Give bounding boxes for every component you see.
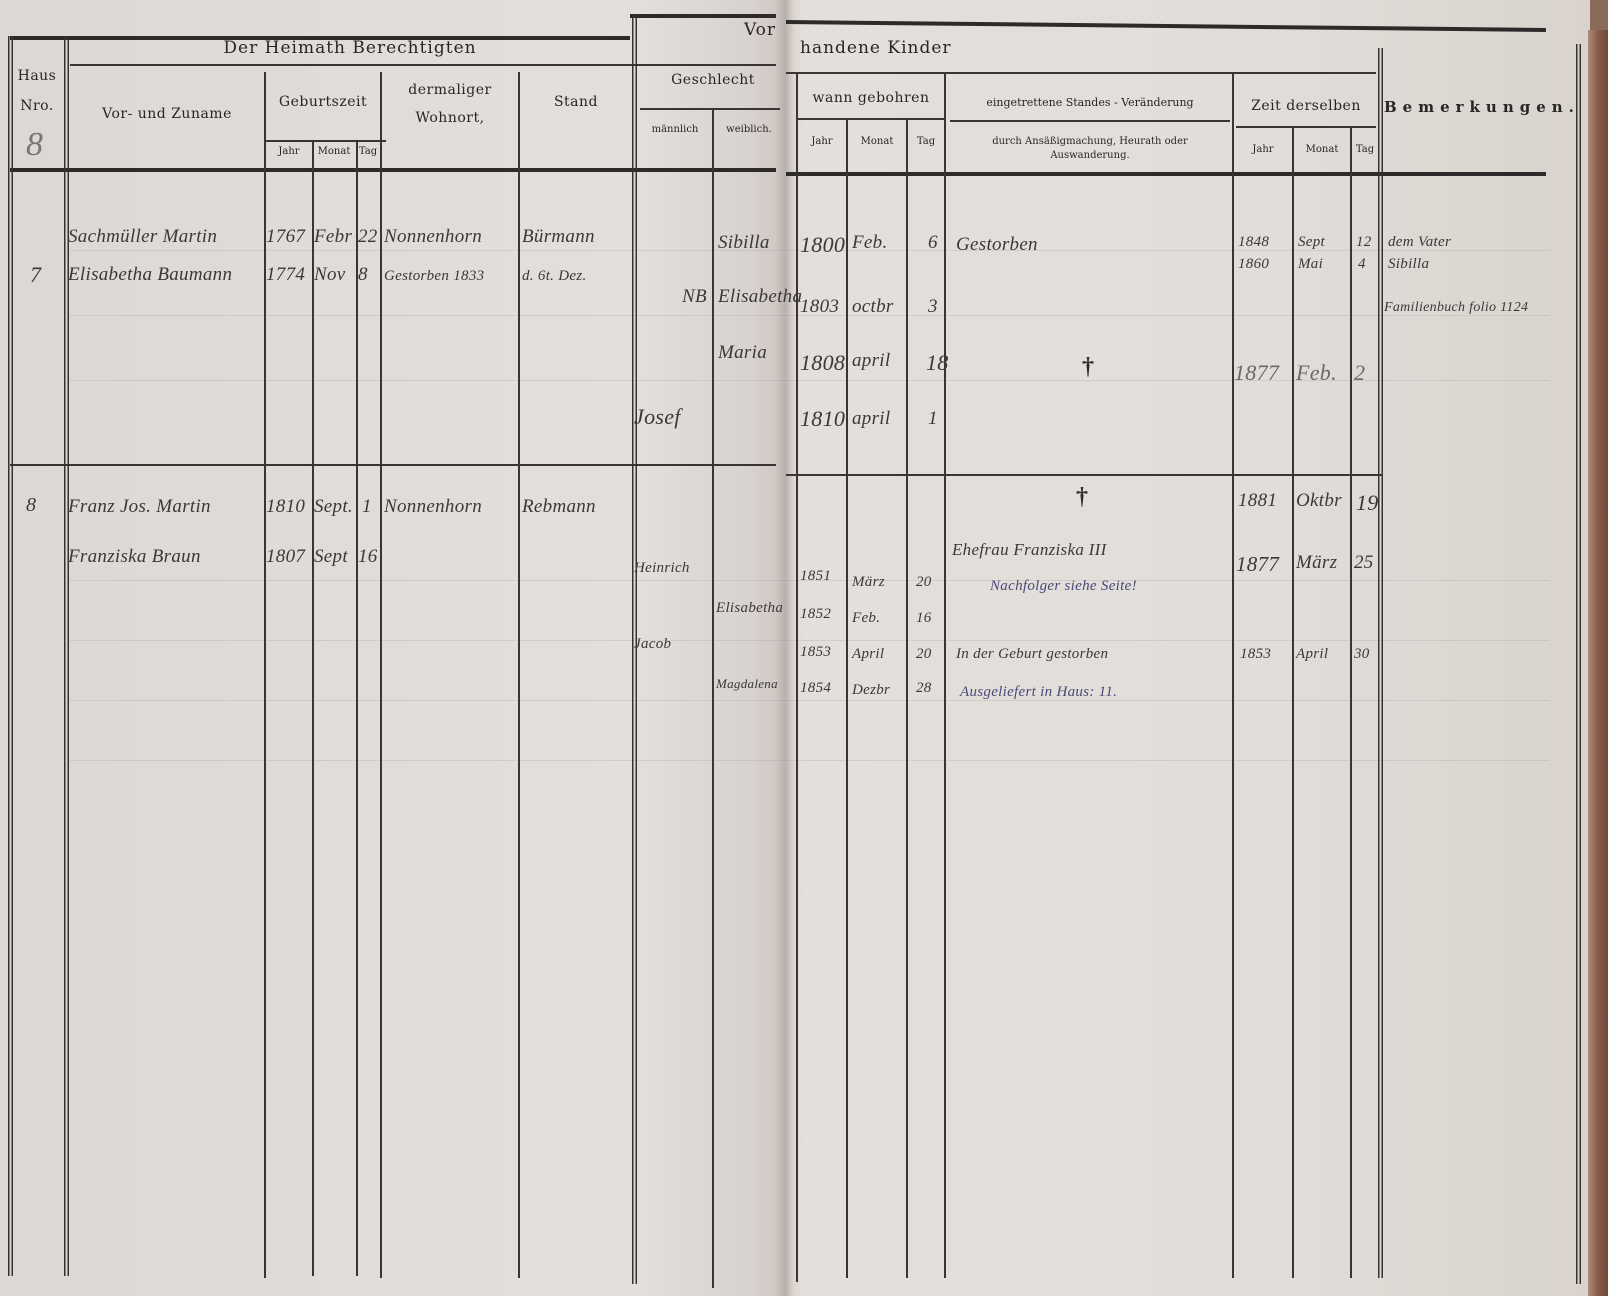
child-birth-day: 28 xyxy=(916,680,932,697)
parent-stand: Rebmann xyxy=(522,496,596,518)
header-veraenderung-sub-2: Auswanderung. xyxy=(948,150,1232,161)
child-female: Elisabetha xyxy=(718,286,802,308)
col-z-monat-right xyxy=(1350,126,1352,1278)
parent-stand: Bürmann xyxy=(522,226,595,248)
change-month: Mai xyxy=(1298,256,1323,273)
frame-right xyxy=(1576,44,1581,1284)
parent-birth-year: 1807 xyxy=(266,546,305,568)
child-birth-month: Feb. xyxy=(852,610,880,627)
parent-birth-month: Nov xyxy=(314,264,346,286)
page-house-number: 8 xyxy=(26,126,43,164)
col-haus-right xyxy=(64,36,69,1276)
child-status-change: Ausgeliefert in Haus: 11. xyxy=(960,684,1117,701)
entry-divider-left xyxy=(10,464,776,466)
child-status-change: Gestorben xyxy=(956,234,1038,256)
header-geb-tag: Tag xyxy=(356,146,380,157)
child-birth-year: 1810 xyxy=(800,406,845,432)
entry-house-number: 8 xyxy=(26,494,36,517)
header-wohnort-1: dermaliger xyxy=(382,82,518,98)
header-vor: Vor xyxy=(740,20,780,40)
death-cross-icon: † xyxy=(1076,484,1088,511)
header-k-jahr: Jahr xyxy=(798,136,846,147)
col-wohnort-right xyxy=(518,72,520,1278)
frame-top-right xyxy=(786,20,1546,32)
child-female: Magdalena xyxy=(716,676,778,692)
header-veraenderung-sub-1: durch Ansäßigmachung, Heurath oder xyxy=(948,136,1232,147)
wann-subline xyxy=(796,118,944,120)
change-day: 2 xyxy=(1354,360,1365,386)
header-wann-gebohren: wann gebohren xyxy=(798,90,944,106)
child-status-change: In der Geburt gestorben xyxy=(956,646,1108,663)
parent-name: Franz Jos. Martin xyxy=(68,496,211,518)
child-birth-month: april xyxy=(852,350,890,372)
child-birth-year: 1800 xyxy=(800,232,845,258)
child-birth-month: Dezbr xyxy=(852,682,890,699)
change-year: 1877 xyxy=(1236,552,1279,577)
geschlecht-subline xyxy=(640,108,780,110)
parent-residence: Nonnenhorn xyxy=(384,226,482,248)
child-birth-year: 1852 xyxy=(800,606,831,623)
col-weiblich-right xyxy=(796,72,798,1282)
parent-birth-year: 1774 xyxy=(266,264,305,286)
header-veraenderung: eingetrettene Standes - Veränderung xyxy=(948,96,1232,109)
parent-residence: Nonnenhorn xyxy=(384,496,482,518)
change-day: 30 xyxy=(1354,646,1370,663)
change-day: 12 xyxy=(1356,234,1372,251)
child-birth-month: April xyxy=(852,646,884,663)
change-year: 1853 xyxy=(1240,646,1271,663)
header-z-tag: Tag xyxy=(1352,144,1378,155)
header-k-tag: Tag xyxy=(908,136,944,147)
child-birth-month: Feb. xyxy=(852,232,888,254)
child-male: Josef xyxy=(634,404,681,430)
change-month: April xyxy=(1296,646,1328,663)
col-k-monat-right xyxy=(906,118,908,1278)
header-z-monat: Monat xyxy=(1294,144,1350,155)
header-divider-right xyxy=(786,72,1376,74)
change-month: März xyxy=(1296,552,1337,574)
remark: Familienbuch folio 1124 xyxy=(1384,300,1528,316)
header-geb-jahr: Jahr xyxy=(266,146,312,157)
child-birth-day: 1 xyxy=(928,408,938,430)
header-haus: Haus xyxy=(12,68,62,84)
frame-top-mid xyxy=(630,14,776,18)
header-zeit-derselben: Zeit derselben xyxy=(1234,98,1378,114)
col-z-tag-right xyxy=(1378,48,1383,1278)
change-year: 1877 xyxy=(1234,360,1279,386)
header-geburtszeit: Geburtszeit xyxy=(266,94,380,110)
child-birth-year: 1851 xyxy=(800,568,831,585)
child-birth-day: 18 xyxy=(926,350,949,376)
child-birth-day: 3 xyxy=(928,296,938,318)
child-note-nb: NB xyxy=(682,286,707,308)
child-birth-month: März xyxy=(852,574,885,591)
header-stand: Stand xyxy=(520,94,632,110)
parent-birth-month: Sept. xyxy=(314,496,353,518)
col-name-right xyxy=(264,72,266,1278)
change-day: 25 xyxy=(1354,552,1374,574)
header-wohnort-2: Wohnort, xyxy=(382,110,518,126)
book-page-edge xyxy=(1588,30,1608,1296)
col-geb-tag-right xyxy=(380,72,382,1278)
parent-death-note: Gestorben 1833 xyxy=(384,268,484,285)
child-female: Maria xyxy=(718,342,767,364)
child-birth-year: 1853 xyxy=(800,644,831,661)
parent-birth-day: 22 xyxy=(358,226,378,248)
book-gutter xyxy=(776,0,794,1296)
child-male: Heinrich xyxy=(634,560,690,577)
header-name: Vor- und Zuname xyxy=(70,106,264,122)
child-status-change: Ehefrau Franziska III xyxy=(952,540,1107,560)
child-male: Jacob xyxy=(634,636,671,653)
child-birth-year: 1808 xyxy=(800,350,845,376)
death-year: 1881 xyxy=(1238,490,1277,512)
ruled-line xyxy=(70,700,1550,701)
parent-name: Sachmüller Martin xyxy=(68,226,217,248)
child-birth-year: 1854 xyxy=(800,680,831,697)
header-weiblich: weiblich. xyxy=(714,124,784,135)
frame-left xyxy=(8,36,13,1276)
col-maennlich-right xyxy=(712,108,714,1288)
header-maennlich: männlich xyxy=(638,124,712,135)
parent-birth-year: 1767 xyxy=(266,226,305,248)
col-k-jahr-right xyxy=(846,118,848,1278)
header-heimath: Der Heimath Berechtigten xyxy=(200,38,500,58)
death-day: 19 xyxy=(1356,490,1379,516)
col-z-jahr-right xyxy=(1292,126,1294,1278)
parent-name: Elisabetha Baumann xyxy=(68,264,232,286)
child-birth-month: april xyxy=(852,408,890,430)
header-bottom-right xyxy=(786,172,1546,176)
change-year: 1848 xyxy=(1238,234,1269,251)
col-geb-monat-right xyxy=(356,140,358,1276)
child-female: Sibilla xyxy=(718,232,770,254)
header-geschlecht: Geschlecht xyxy=(638,72,788,88)
parent-birth-day: 1 xyxy=(362,496,372,518)
header-k-monat: Monat xyxy=(848,136,906,147)
change-month: Feb. xyxy=(1296,360,1337,386)
zeit-subline xyxy=(1236,126,1376,128)
col-veraenderung-right xyxy=(1232,72,1234,1278)
child-birth-day: 6 xyxy=(928,232,938,254)
child-birth-month: octbr xyxy=(852,296,894,318)
parent-birth-day: 16 xyxy=(358,546,378,568)
remark: Sibilla xyxy=(1388,256,1429,273)
header-divider-left xyxy=(70,64,776,66)
child-female: Elisabetha xyxy=(716,600,783,617)
parent-birth-year: 1810 xyxy=(266,496,305,518)
geburtszeit-subline xyxy=(266,140,386,142)
remark: dem Vater xyxy=(1388,234,1451,251)
change-year: 1860 xyxy=(1238,256,1269,273)
child-status-note: Nachfolger siehe Seite! xyxy=(990,578,1137,595)
parent-birth-month: Sept xyxy=(314,546,348,568)
child-birth-day: 20 xyxy=(916,646,932,663)
child-birth-day: 20 xyxy=(916,574,932,591)
col-geb-jahr-right xyxy=(312,140,314,1276)
header-bemerkungen: Bemerkungen. xyxy=(1384,98,1574,116)
parent-birth-month: Febr xyxy=(314,226,352,248)
header-geb-monat: Monat xyxy=(312,146,356,157)
veraenderung-subline xyxy=(950,120,1230,122)
header-z-jahr: Jahr xyxy=(1234,144,1292,155)
header-handene-kinder: handene Kinder xyxy=(800,38,970,58)
child-birth-year: 1803 xyxy=(800,296,839,318)
header-nro: Nro. xyxy=(12,98,62,114)
death-cross-icon: † xyxy=(1082,354,1094,381)
parent-birth-day: 8 xyxy=(358,264,368,286)
entry-house-number: 7 xyxy=(30,262,41,288)
change-day: 4 xyxy=(1358,256,1366,273)
parent-death-date: d. 6t. Dez. xyxy=(522,268,587,285)
ruled-line xyxy=(70,760,1550,761)
header-bottom-left xyxy=(10,168,776,172)
col-k-tag-right xyxy=(944,72,946,1278)
child-birth-day: 16 xyxy=(916,610,932,627)
ledger-spread: Der Heimath Berechtigten Vor handene Kin… xyxy=(0,0,1590,1296)
death-month: Oktbr xyxy=(1296,490,1342,512)
ruled-line xyxy=(70,640,1550,641)
parent-name: Franziska Braun xyxy=(68,546,201,568)
change-month: Sept xyxy=(1298,234,1325,251)
